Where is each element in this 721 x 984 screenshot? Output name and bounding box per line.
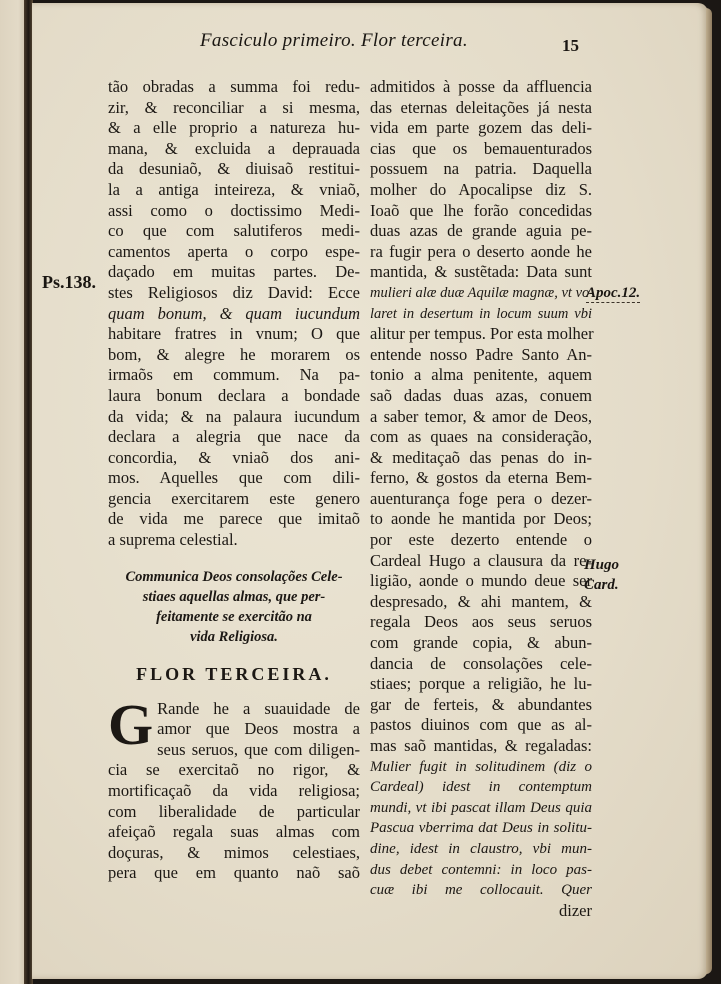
facing-page-edge — [0, 0, 26, 984]
text-line: ligião, aonde o mundo deue ser — [370, 571, 592, 592]
text-line: stes Religiosos diz David: Ecce — [108, 283, 360, 304]
text-line: a saber temor, & amor de Deos, — [370, 407, 592, 428]
text-line: vida em parte gozem das deli- — [370, 118, 592, 139]
text-line: de vida me parece que imitaõ — [108, 509, 360, 530]
text-line: Ioaõ que lhe forão concedidas — [370, 201, 592, 222]
text-line: por este dezerto entende o — [370, 530, 592, 551]
text-line: tão obradas a summa foi redu- — [108, 77, 360, 98]
text-line-latin: quam bonum, & quam iucundum — [108, 304, 360, 325]
text-line-latin: laret in desertum in locum suum vbi — [370, 304, 592, 325]
text-line: assi como o doctissimo Medi- — [108, 201, 360, 222]
text-line: ra fugir pera o deserto aonde he — [370, 242, 592, 263]
text-line: a suprema celestial. — [108, 530, 360, 551]
text-line: com as quaes na consideração, — [370, 427, 592, 448]
text-line: tonio a alma penitente, aquem — [370, 365, 592, 386]
text-line: dancia de consolações cele- — [370, 654, 592, 675]
text-line: pera que em quanto naõ saõ — [108, 863, 360, 884]
text-line: com liberalidade de particular — [108, 802, 360, 823]
text-line: gencia exercitarem este genero — [108, 489, 360, 510]
catchword: dizer — [370, 901, 592, 922]
text-line: com grande copia, & abun- — [370, 633, 592, 654]
text-line: auenturança foge pera o dezer- — [370, 489, 592, 510]
text-line: alitur per tempus. Por esta molher — [370, 324, 592, 345]
text-line: mas saõ mantidas, & regaladas: — [370, 736, 592, 757]
text-line-latin: dine, idest in claustro, vbi mun- — [370, 839, 592, 860]
text-line: habitare fratres in vnum; O que — [108, 324, 360, 345]
text-line: da desuniaõ, & diuisaõ restitui- — [108, 159, 360, 180]
text-line: daçado em muitas partes. De- — [108, 262, 360, 283]
left-text-block: tão obradas a summa foi redu- zir, & rec… — [108, 77, 360, 551]
text-line: & a elle proprio a natureza hu- — [108, 118, 360, 139]
text-line: mos. Aquelles que com dili- — [108, 468, 360, 489]
text-line: admitidos à posse da affluencia — [370, 77, 592, 98]
chapter-summary: Communica Deos consolações Cele- stiaes … — [108, 567, 360, 647]
section-heading: FLOR TERCEIRA. — [108, 661, 360, 687]
text-line: saõ dadas duas azas, conuem — [370, 386, 592, 407]
summary-line: stiaes aquellas almas, que per- — [108, 587, 360, 607]
text-line: irmaõs em commum. Na pa- — [108, 365, 360, 386]
summary-line: feitamente se exercitão na — [108, 607, 360, 627]
text-line: ferno, & gostos da eterna Bem- — [370, 468, 592, 489]
summary-line: Communica Deos consolações Cele- — [108, 567, 360, 587]
text-line: molher do Apocalipse diz S. — [370, 180, 592, 201]
text-line: entende nosso Padre Santo An- — [370, 345, 592, 366]
text-line-latin: Pascua vberrima dat Deus in solitu- — [370, 818, 592, 839]
text-line: stiaes; porque a religião, he lu- — [370, 674, 592, 695]
margin-note-apocalypse: Apoc.12. — [586, 285, 640, 303]
text-line-latin: mulieri alæ duæ Aquilæ magnæ, vt vo- — [370, 283, 592, 304]
text-line: mana, & excluida a deprauada — [108, 139, 360, 160]
text-line: Cardeal Hugo a clausura da re- — [370, 551, 592, 572]
text-line: laura bonum declara a bondade — [108, 386, 360, 407]
text-line: cias que os bemauenturados — [370, 139, 592, 160]
text-line: bom, & alegre he morarem os — [108, 345, 360, 366]
text-line-latin: Cardeal) idest in contemptum — [370, 777, 592, 798]
text-line: zir, & reconciliar a si mesma, — [108, 98, 360, 119]
text-line-latin: mundi, vt ibi pascat illam Deus quia — [370, 798, 592, 819]
right-column: admitidos à posse da affluencia das eter… — [370, 77, 592, 921]
text-line: mantida, & sustẽtada: Data sunt — [370, 262, 592, 283]
text-line: possuem na patria. Daquella — [370, 159, 592, 180]
text-line: to aonde he mantida por Deos; — [370, 509, 592, 530]
text-line: mortificaçaõ da vida religiosa; — [108, 781, 360, 802]
text-line: cia se exercitaõ no rigor, & — [108, 760, 360, 781]
text-line: das eternas deleitações já nesta — [370, 98, 592, 119]
text-line: & meditaçaõ das penas do in- — [370, 448, 592, 469]
text-line: despresado, & ahi mantem, & — [370, 592, 592, 613]
text-line-latin: dus debet contemni: in loco pas- — [370, 860, 592, 881]
drop-cap: G — [108, 703, 153, 745]
text-line: declara a alegria que nace da — [108, 427, 360, 448]
text-line: co que com salutiferos medi- — [108, 221, 360, 242]
text-line-latin: cuæ ibi me collocauit. Quer — [370, 880, 592, 901]
summary-line: vida Religiosa. — [108, 627, 360, 647]
text-line: afeiçaõ regala suas almas com — [108, 822, 360, 843]
text-line: da vida; & na palaura iucundum — [108, 407, 360, 428]
text-line-latin: Mulier fugit in solitudinem (diz o — [370, 757, 592, 778]
text-line: concordia, & vniaõ dos ani- — [108, 448, 360, 469]
left-column: tão obradas a summa foi redu- zir, & rec… — [108, 77, 360, 884]
text-line: pastos diuinos com que as al- — [370, 715, 592, 736]
opening-paragraph: G Rande he a suauidade de amor que Deos … — [108, 699, 360, 884]
page-number: 15 — [562, 36, 579, 56]
margin-note-psalm: Ps.138. — [42, 272, 96, 293]
text-line: doçuras, & mimos celestiaes, — [108, 843, 360, 864]
text-line: camentos aperta o corpo espe- — [108, 242, 360, 263]
running-title: Fasciculo primeiro. Flor terceira. — [200, 30, 468, 52]
page-fore-edge — [706, 8, 712, 974]
text-line: la a antiga inteireza, & vniaõ, — [108, 180, 360, 201]
text-line: regala Deos aos seus seruos — [370, 612, 592, 633]
text-line: gar de ferteis, & abundantes — [370, 695, 592, 716]
text-line: duas azas de grande aguia pe- — [370, 221, 592, 242]
